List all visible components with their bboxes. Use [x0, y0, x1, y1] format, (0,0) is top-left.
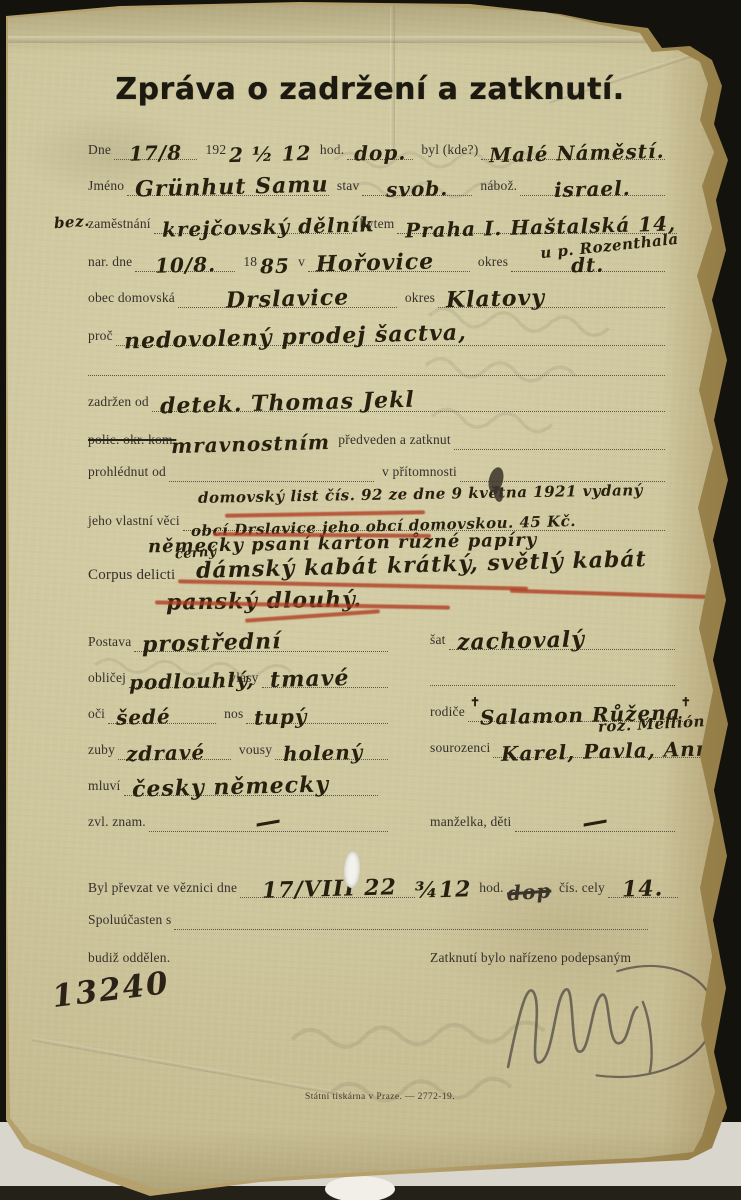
- label-vlastni-veci: jeho vlastní věci: [88, 513, 183, 531]
- label-sourozenci: sourozenci: [430, 740, 493, 758]
- label-zvl-znam: zvl. znam.: [88, 814, 149, 832]
- label-corpus-delicti: Corpus delicti: [88, 567, 178, 584]
- field-searched-by: [169, 471, 374, 482]
- field-home-district: Klatovy: [438, 290, 665, 308]
- field-row-prison: Byl převzat ve věznici dne 17/VIII 22 ¾1…: [88, 868, 678, 898]
- field-row-date: Dne 17/8 192 2 ½ 12 hod. dop. byl (kde?)…: [88, 132, 665, 160]
- signature: [475, 956, 731, 1094]
- label-pritomnosti: v přítomnosti: [374, 464, 460, 482]
- handwriting-dash: —: [580, 809, 610, 837]
- handwriting-build: prostřední: [142, 632, 282, 655]
- field-blank: [88, 365, 665, 376]
- label-jmeno: Jméno: [88, 178, 127, 196]
- field-row-teeth-beard: zuby zdravé vousy holený: [88, 732, 388, 760]
- handwriting-cell-number: 14.: [622, 880, 664, 901]
- field-row-wife-children: manželka, děti —: [430, 804, 675, 832]
- label-manzelka: manželka, děti: [430, 814, 515, 832]
- handwriting-belongings-1: domovský list čís. 92 ze dne 9 května 19…: [198, 484, 643, 505]
- label-oblicej: obličej: [88, 670, 129, 688]
- field-eyes: šedé: [108, 708, 216, 724]
- label-cislo-cely: čís. cely: [551, 880, 608, 898]
- label-predveden: předveden a zatknut: [330, 432, 454, 450]
- handwriting-commissariat: mravnostním: [171, 433, 330, 455]
- label-naboz: nábož.: [472, 178, 520, 196]
- field-row-searched-by: prohlédnut od v přítomnosti: [88, 458, 665, 482]
- handwriting-hair: tmavé: [269, 669, 349, 691]
- field-row-siblings: sourozenci Karel, Pavla, Anna: [430, 730, 675, 758]
- field-clothing: zachovalý: [449, 632, 675, 650]
- scan-background-blob: [325, 1176, 395, 1200]
- field-languages: česky německy: [124, 778, 378, 796]
- handwriting-prison-date: 17/VIII 22: [262, 878, 397, 901]
- label-mluvi: mluví: [88, 778, 124, 796]
- field-row-eyes-nose: oči šedé nos tupý: [88, 696, 388, 724]
- printer-imprint: Státní tiskárna v Praze. — 2772-19.: [100, 1092, 660, 1102]
- field-birth-district: dt.: [511, 256, 665, 272]
- handwriting-date: 17/8: [129, 143, 183, 162]
- handwriting-reason: nedovolený prodej šactva,: [124, 324, 467, 353]
- label-hod-2: hod.: [471, 880, 506, 898]
- handwriting-birth-year: 85: [260, 257, 290, 276]
- label-zamestnani: zaměstnání: [88, 216, 154, 234]
- field-stav: svob.: [362, 180, 472, 196]
- field-home-town: Drslavice: [178, 290, 397, 308]
- handwriting-siblings: Karel, Pavla, Anna: [501, 739, 726, 763]
- label-stav: stav: [329, 178, 363, 196]
- label-postava: Postava: [88, 634, 134, 652]
- field-row-languages: mluví česky německy: [88, 768, 378, 796]
- label-year-printed: 192: [197, 142, 229, 160]
- handwriting-margin-note: bez.: [54, 215, 91, 231]
- label-v: v: [290, 254, 308, 272]
- label-polic-okr-kom: polic. okr. kom.: [88, 432, 179, 450]
- field-row-blank: [88, 352, 665, 376]
- label-zadrzen: zadržen od: [88, 394, 152, 412]
- handwriting-prison-time: ¾12: [414, 880, 471, 901]
- field-row-corpus: Corpus delicti: [88, 556, 188, 584]
- field-occupation: krejčovský dělník: [154, 218, 352, 234]
- field-date: 17/8: [114, 144, 197, 160]
- paper-crease: [32, 1037, 348, 1097]
- label-prohlednut: prohlédnut od: [88, 464, 169, 482]
- field-time-suffix: dop.: [347, 144, 413, 160]
- handwriting-nose: tupý: [254, 707, 308, 726]
- handwriting-clothing: zachovalý: [456, 631, 584, 654]
- handwriting-dash: —: [254, 809, 284, 837]
- handwriting-year-time: 2 ½ 12: [229, 144, 312, 164]
- label-rodice: rodiče: [430, 704, 468, 722]
- report-title: Zpráva o zadržení a zatknutí.: [90, 72, 650, 107]
- handwriting-home-district: Klatovy: [446, 289, 546, 311]
- handwriting-languages: česky německy: [131, 776, 329, 801]
- handwriting-time-suffix: dop.: [354, 143, 407, 162]
- handwriting-occupation: krejčovský dělník: [162, 215, 375, 239]
- field-naboz: israel.: [520, 180, 665, 196]
- field-row-belongings: jeho vlastní věci obcí Drslavice jeho ob…: [88, 505, 665, 531]
- field-cell-number: 14.: [608, 880, 678, 898]
- label-birth-year-printed: 18: [235, 254, 260, 272]
- field-birth-place: Hořovice: [308, 254, 470, 272]
- field-belongings: obcí Drslavice jeho obcí domovskou. 45 K…: [183, 520, 665, 532]
- handwriting-beard: holený: [283, 743, 364, 763]
- label-okres-1: okres: [470, 254, 511, 272]
- label-proc: proč: [88, 328, 116, 346]
- paper-crease: [0, 36, 741, 43]
- field-name: Grünhut Samu: [127, 178, 329, 196]
- label-zuby: zuby: [88, 742, 118, 760]
- field-row-clothing: šat zachovalý: [430, 622, 675, 650]
- field-nose: tupý: [246, 708, 388, 724]
- field-face: podlouhlý,: [129, 672, 221, 688]
- field-detained-by: detek. Thomas Jekl: [152, 394, 665, 412]
- field-row-birth: nar. dne 10/8. 18 85 v Hořovice okres dt…: [88, 244, 665, 272]
- handwriting-kde: Malé Náměstí.: [489, 142, 665, 165]
- field-row-detained-by: zadržen od detek. Thomas Jekl: [88, 384, 665, 412]
- label-okres-2: okres: [397, 290, 438, 308]
- field-kde: Malé Náměstí.: [481, 144, 665, 160]
- label-obec: obec domovská: [88, 290, 178, 308]
- handwriting-birth-date: 10/8.: [155, 255, 216, 275]
- field-row-separate: budiž oddělen.: [88, 946, 288, 968]
- field-row-blank-right: [430, 662, 675, 686]
- field-teeth: zdravé: [118, 744, 231, 760]
- field-row-brought-before: polic. okr. kom. mravnostním předveden a…: [88, 422, 665, 450]
- handwriting-birth-place: Hořovice: [316, 253, 435, 276]
- field-birth-date: 10/8.: [135, 256, 235, 272]
- field-blank: [430, 675, 675, 686]
- handwriting-home-town: Drslavice: [226, 289, 350, 312]
- field-row-name: Jméno Grünhut Samu stav svob. nábož. isr…: [88, 168, 665, 196]
- document-paper: Zpráva o zadržení a zatknutí. Dne 17/8 1…: [0, 0, 741, 1200]
- field-row-home-town: obec domovská Drslavice okres Klatovy: [88, 280, 665, 308]
- field-row-build: Postava prostřední: [88, 624, 388, 652]
- field-special-marks: —: [149, 811, 388, 832]
- label-oci: oči: [88, 706, 108, 724]
- handwriting-birth-district: dt.: [571, 256, 605, 275]
- handwriting-eyes: šedé: [116, 707, 171, 726]
- field-row-reason: proč nedovolený prodej šactva,: [88, 318, 665, 346]
- field-brought-before: [454, 439, 665, 450]
- handwriting-stav: svob.: [386, 179, 449, 199]
- label-vousy: vousy: [231, 742, 275, 760]
- field-siblings: Karel, Pavla, Anna: [493, 742, 725, 758]
- handwriting-detained-by: detek. Thomas Jekl: [160, 391, 415, 417]
- handwriting-scratched: dop: [506, 881, 551, 902]
- field-prison-date: 17/VIII 22: [240, 880, 415, 898]
- label-hod: hod.: [312, 142, 347, 160]
- field-wife-children: —: [515, 811, 675, 832]
- label-veznice: Byl převzat ve věznici dne: [88, 880, 240, 898]
- handwriting-naboz: israel.: [554, 179, 631, 199]
- deceased-mark: ✝: [681, 695, 691, 709]
- field-hair: tmavé: [262, 670, 388, 688]
- label-spoluucasten: Spoluúčasten s: [88, 912, 174, 930]
- handwriting-face: podlouhlý,: [129, 670, 255, 691]
- handwriting-name: Grünhut Samu: [135, 176, 329, 201]
- field-build: prostřední: [134, 634, 388, 652]
- field-residence: Praha I. Haštalská 14,: [397, 218, 676, 234]
- field-row-occupation: zaměstnání krejčovský dělník bytem Praha…: [88, 206, 665, 234]
- label-nar-dne: nar. dne: [88, 254, 135, 272]
- field-row-special-marks: zvl. znam. —: [88, 804, 388, 832]
- scanned-document: Zpráva o zadržení a zatknutí. Dne 17/8 1…: [0, 0, 741, 1200]
- field-row-face-hair: obličej podlouhlý, vlasy tmavé: [88, 660, 388, 688]
- handwriting-teeth: zdravé: [126, 743, 206, 763]
- label-sat: šat: [430, 632, 449, 650]
- field-beard: holený: [275, 744, 388, 760]
- deceased-mark: ✝: [470, 695, 480, 709]
- file-number: 13240: [50, 965, 171, 1015]
- label-kde: byl (kde?): [413, 142, 481, 160]
- label-dne: Dne: [88, 142, 114, 160]
- field-accomplices: [174, 919, 648, 930]
- label-nos: nos: [216, 706, 246, 724]
- field-row-accomplices: Spoluúčasten s: [88, 906, 648, 930]
- field-reason: nedovolený prodej šactva,: [116, 328, 665, 346]
